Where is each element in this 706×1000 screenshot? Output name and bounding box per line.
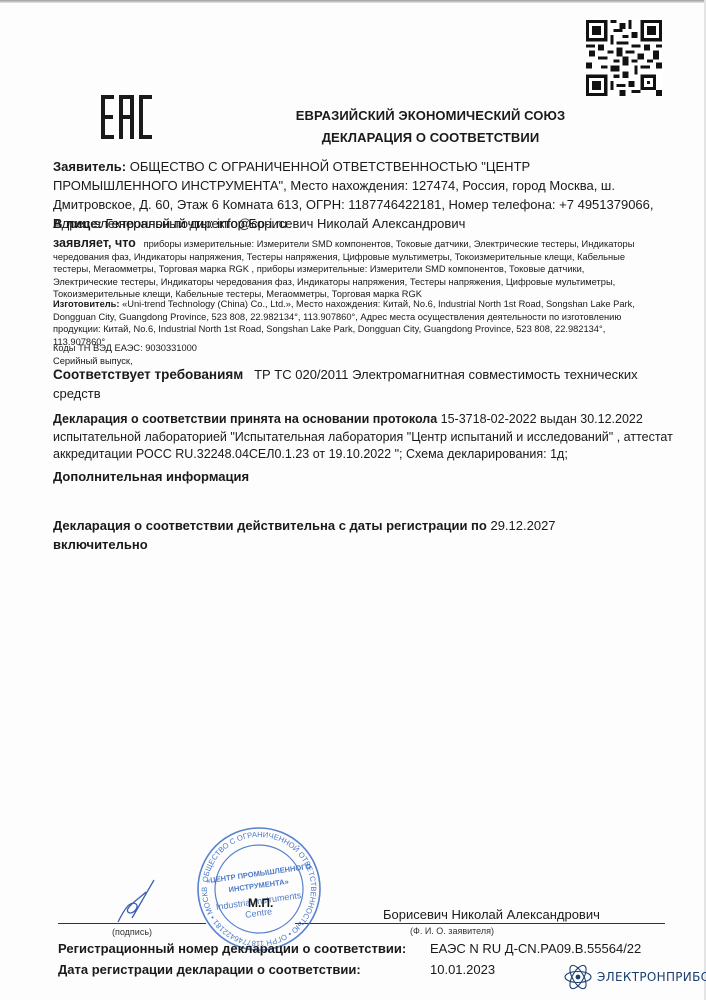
signature-line [58,923,206,924]
conformity-line: средств [53,384,678,403]
protocol-line: испытательной лабораторией "Испытательна… [53,429,678,447]
company-stamp: ОБЩЕСТВО С ОГРАНИЧЕННОЙ ОТВЕТСТВЕННОСТЬЮ… [196,826,322,952]
declares-label: заявляет, что [53,236,136,250]
registration-date-label: Дата регистрации декларации о соответств… [58,962,361,977]
applicant-label: Заявитель: [53,159,126,174]
union-title: ЕВРАЗИЙСКИЙ ЭКОНОМИЧЕСКИЙ СОЮЗ [0,108,706,123]
protocol-label: Декларация о соответствии принята на осн… [53,412,437,426]
signature-caption: (подпись) [112,927,152,937]
applicant-name: Борисевич Николай Александрович [383,907,600,922]
registration-date-value: 10.01.2023 [430,962,495,977]
registration-number-label: Регистрационный номер декларации о соотв… [58,941,406,956]
applicant-line: ПРОМЫШЛЕННОГО ИНСТРУМЕНТА", Место нахожд… [53,176,678,195]
applicant-line: Дмитровское, Д. 60, Этаж 6 Комната 613, … [53,195,678,214]
validity-section: Декларация о соответствии действительна … [53,516,678,554]
logo-text: ЭЛЕКТРОНПРИБОР [597,970,706,984]
representative-value: Генеральный директор Борисевич Николай А… [105,216,465,231]
validity-label-2: включительно [53,537,148,552]
conformity-section: Соответствует требованиям ТР ТС 020/2011… [53,365,678,403]
protocol-line: аккредитации РОСС RU.32248.04СЕЛ0.1.23 о… [53,446,678,464]
manufacturer-section: Изготовитель: «Uni-trend Technology (Chi… [53,298,678,348]
manufacturer-line: Dongguan City, Guangdong Province, 523 8… [53,311,678,324]
representative-section: В лице: Генеральный директор Борисевич Н… [53,214,678,233]
additional-info-section: Дополнительная информация [53,467,678,486]
protocol-section: Декларация о соответствии принята на осн… [53,411,678,464]
tn-ved-codes: Коды ТН ВЭД ЕАЭС: 9030331000 [53,342,678,355]
applicant-line: ОБЩЕСТВО С ОГРАНИЧЕННОЙ ОТВЕТСТВЕННОСТЬЮ… [130,159,530,174]
validity-label: Декларация о соответствии действительна … [53,518,487,533]
handwritten-signature [110,870,170,930]
representative-label: В лице: [53,216,102,231]
declares-line: тестеры, Мегаомметры, Торговая марка RGK… [53,263,678,276]
document-title: ДЕКЛАРАЦИЯ О СООТВЕТСТВИИ [0,130,706,145]
manufacturer-label: Изготовитель: [53,299,119,309]
additional-info-label: Дополнительная информация [53,469,249,484]
conformity-label: Соответствует требованиям [53,367,243,382]
atom-icon [563,962,593,992]
name-line [295,923,665,924]
elektronpribor-logo: ЭЛЕКТРОНПРИБОР [563,962,706,992]
manufacturer-line: продукции: Китай, No.6, Industrial North… [53,323,678,336]
declares-line: чередования фаз, Индикаторы напряжения, … [53,251,678,264]
conformity-line: ТР ТС 020/2011 Электромагнитная совмести… [254,367,638,382]
protocol-number: 15-3718-02-2022 выдан 30.12.2022 [441,412,643,426]
scan-top-edge [0,0,706,3]
declares-line: Электрические тестеры, Индикаторы чередо… [53,276,678,289]
declares-section: заявляет, что приборы измерительные: Изм… [53,237,678,301]
registration-number-value: ЕАЭС N RU Д-CN.PA09.B.55564/22 [430,941,641,956]
manufacturer-line: «Uni-trend Technology (China) Co., Ltd.»… [122,299,635,309]
name-caption: (Ф. И. О. заявителя) [410,926,494,936]
stamp-place-label: М.П. [248,896,273,910]
declares-line: приборы измерительные: Измерители SMD ко… [144,239,635,249]
validity-date: 29.12.2027 [490,518,555,533]
qr-code [586,20,662,96]
